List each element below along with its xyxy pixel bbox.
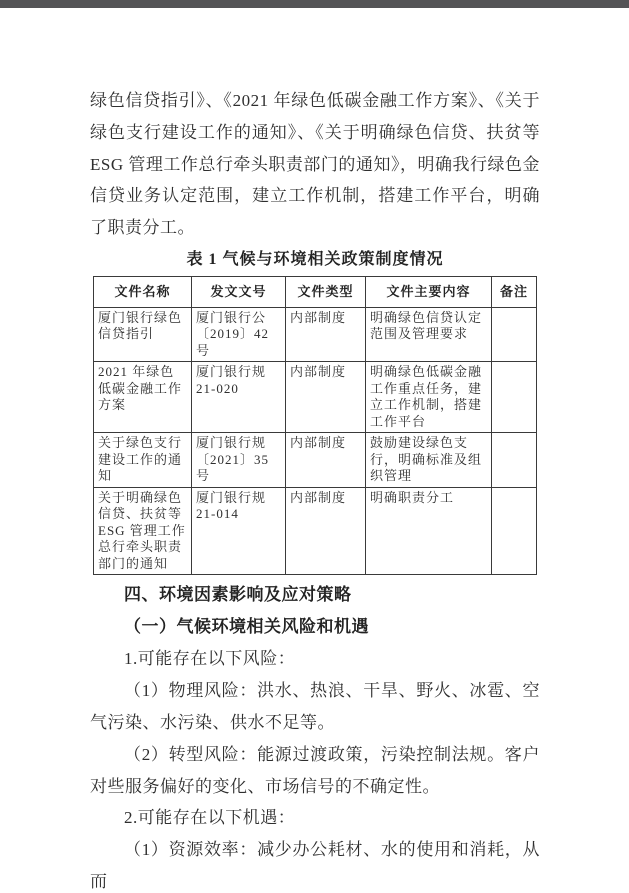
col-header-file-name: 文件名称 — [94, 276, 192, 307]
cell-file-name: 关于明确绿色信贷、扶贫等 ESG 管理工作总行牵头职责部门的通知 — [94, 487, 192, 575]
cell-main-content: 明确绿色低碳金融工作重点任务，建立工作机制，搭建工作平台 — [366, 362, 492, 433]
cell-remarks — [492, 487, 537, 575]
cell-file-type: 内部制度 — [286, 362, 366, 433]
policy-table: 文件名称 发文文号 文件类型 文件主要内容 备注 厦门银行绿色信贷指引 厦门银行… — [93, 276, 537, 576]
table-title: 表 1 气候与环境相关政策制度情况 — [90, 244, 540, 276]
paragraph-resource-efficiency: （1）资源效率：减少办公耗材、水的使用和消耗，从而 — [90, 834, 540, 893]
col-header-remarks: 备注 — [492, 276, 537, 307]
cell-doc-number: 厦门银行规 21-014 — [192, 487, 286, 575]
cell-file-type: 内部制度 — [286, 433, 366, 488]
section-heading: 四、环境因素影响及应对策略 — [90, 579, 540, 611]
intro-paragraph: 绿色信贷指引》、《2021 年绿色低碳金融工作方案》、《关于绿色支行建设工作的通… — [90, 85, 540, 244]
paragraph-transition-risk: （2）转型风险：能源过渡政策，污染控制法规。客户对些服务偏好的变化、市场信号的不… — [90, 739, 540, 803]
table-header-row: 文件名称 发文文号 文件类型 文件主要内容 备注 — [94, 276, 537, 307]
cell-file-name: 2021 年绿色低碳金融工作方案 — [94, 362, 192, 433]
page-content: 绿色信贷指引》、《2021 年绿色低碳金融工作方案》、《关于绿色支行建设工作的通… — [0, 8, 629, 893]
cell-doc-number: 厦门银行公〔2019〕42 号 — [192, 307, 286, 362]
table-row: 关于绿色支行建设工作的通知 厦门银行规〔2021〕35 号 内部制度 鼓励建设绿… — [94, 433, 537, 488]
cell-file-type: 内部制度 — [286, 487, 366, 575]
col-header-main-content: 文件主要内容 — [366, 276, 492, 307]
cell-remarks — [492, 362, 537, 433]
cell-main-content: 明确职责分工 — [366, 487, 492, 575]
subsection-heading: （一）气候环境相关风险和机遇 — [90, 611, 540, 643]
table-row: 厦门银行绿色信贷指引 厦门银行公〔2019〕42 号 内部制度 明确绿色信贷认定… — [94, 307, 537, 362]
table-row: 关于明确绿色信贷、扶贫等 ESG 管理工作总行牵头职责部门的通知 厦门银行规 2… — [94, 487, 537, 575]
cell-file-type: 内部制度 — [286, 307, 366, 362]
scan-edge-bar — [0, 0, 629, 8]
cell-file-name: 关于绿色支行建设工作的通知 — [94, 433, 192, 488]
cell-remarks — [492, 307, 537, 362]
cell-doc-number: 厦门银行规〔2021〕35 号 — [192, 433, 286, 488]
col-header-file-type: 文件类型 — [286, 276, 366, 307]
cell-remarks — [492, 433, 537, 488]
table-row: 2021 年绿色低碳金融工作方案 厦门银行规 21-020 内部制度 明确绿色低… — [94, 362, 537, 433]
cell-doc-number: 厦门银行规 21-020 — [192, 362, 286, 433]
document-page: 绿色信贷指引》、《2021 年绿色低碳金融工作方案》、《关于绿色支行建设工作的通… — [0, 0, 629, 893]
cell-main-content: 明确绿色信贷认定范围及管理要求 — [366, 307, 492, 362]
cell-file-name: 厦门银行绿色信贷指引 — [94, 307, 192, 362]
paragraph-physical-risk: （1）物理风险：洪水、热浪、干旱、野火、冰雹、空气污染、水污染、供水不足等。 — [90, 675, 540, 739]
paragraph-risks-intro: 1.可能存在以下风险： — [90, 643, 540, 675]
cell-main-content: 鼓励建设绿色支行，明确标准及组织管理 — [366, 433, 492, 488]
col-header-doc-number: 发文文号 — [192, 276, 286, 307]
paragraph-opportunities-intro: 2.可能存在以下机遇： — [90, 802, 540, 834]
